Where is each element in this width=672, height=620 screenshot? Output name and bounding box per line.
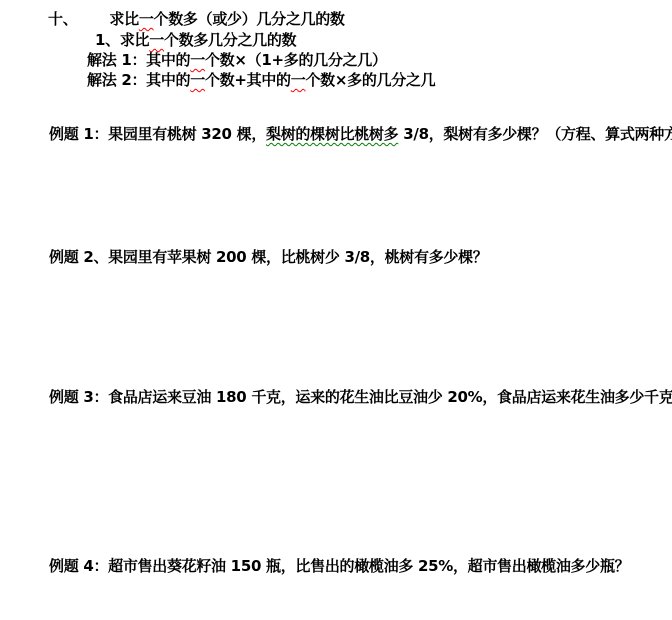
text-run: 求比	[109, 10, 138, 28]
paragraph-example-1: 例题 1：果园里有桃树 320 棵，梨树的棵树比桃树多 3/8，梨树有多少棵？（…	[49, 126, 672, 143]
spelling-error-underline: 一	[139, 10, 154, 28]
tab-space	[77, 23, 109, 24]
text-run: 个数多（或少）几分之几的数	[154, 10, 345, 28]
text-run: 例题 2、果园里有苹果树 200 棵，比桃树少 3/8，桃树有多少棵？	[49, 248, 488, 266]
text-run: 解法 1：其中的	[87, 51, 190, 69]
spelling-error-underline: 一	[291, 71, 306, 89]
text-run: 例题 1：果园里有桃树 320 棵，	[49, 125, 266, 143]
paragraph-subheading: 1、求比一个数多几分之几的数	[95, 32, 296, 49]
paragraph-example-4: 例题 4：超市售出葵花籽油 150 瓶，比售出的橄榄油多 25%，超市售出橄榄油…	[49, 558, 629, 575]
paragraph-solution-1: 解法 1：其中的一个数×（1+多的几分之几）	[87, 52, 387, 69]
text-run: 个数×多的几分之几	[305, 71, 435, 89]
text-run: 十、	[48, 10, 77, 28]
paragraph-example-3: 例题 3：食品店运来豆油 180 千克，运来的花生油比豆油少 20%，食品店运来…	[49, 389, 672, 406]
document-page: 十、求比一个数多（或少）几分之几的数 1、求比一个数多几分之几的数 解法 1：其…	[0, 0, 672, 620]
paragraph-heading: 十、求比一个数多（或少）几分之几的数	[48, 11, 345, 28]
text-run: 个数+其中的	[205, 71, 291, 89]
grammar-error-underline: 梨树的棵树比桃树多	[266, 125, 398, 143]
text-run: 解法 2：其中的	[87, 71, 190, 89]
text-run: 例题 4：超市售出葵花籽油 150 瓶，比售出的橄榄油多 25%，超市售出橄榄油…	[49, 557, 629, 575]
paragraph-example-2: 例题 2、果园里有苹果树 200 棵，比桃树少 3/8，桃树有多少棵？	[49, 249, 488, 266]
paragraph-solution-2: 解法 2：其中的一个数+其中的一个数×多的几分之几	[87, 72, 435, 89]
text-run: 个数×（1+多的几分之几）	[205, 51, 387, 69]
spelling-error-underline: 一	[190, 71, 205, 89]
spelling-error-underline: 一	[190, 51, 205, 69]
text-run: 1、求比	[95, 31, 149, 49]
text-run: 个数多几分之几的数	[164, 31, 296, 49]
text-run: 例题 3：食品店运来豆油 180 千克，运来的花生油比豆油少 20%，食品店运来…	[49, 388, 672, 406]
text-run: 3/8，梨树有多少棵？（方程、算式两种方法）	[398, 125, 672, 143]
spelling-error-underline: 一	[149, 31, 164, 49]
